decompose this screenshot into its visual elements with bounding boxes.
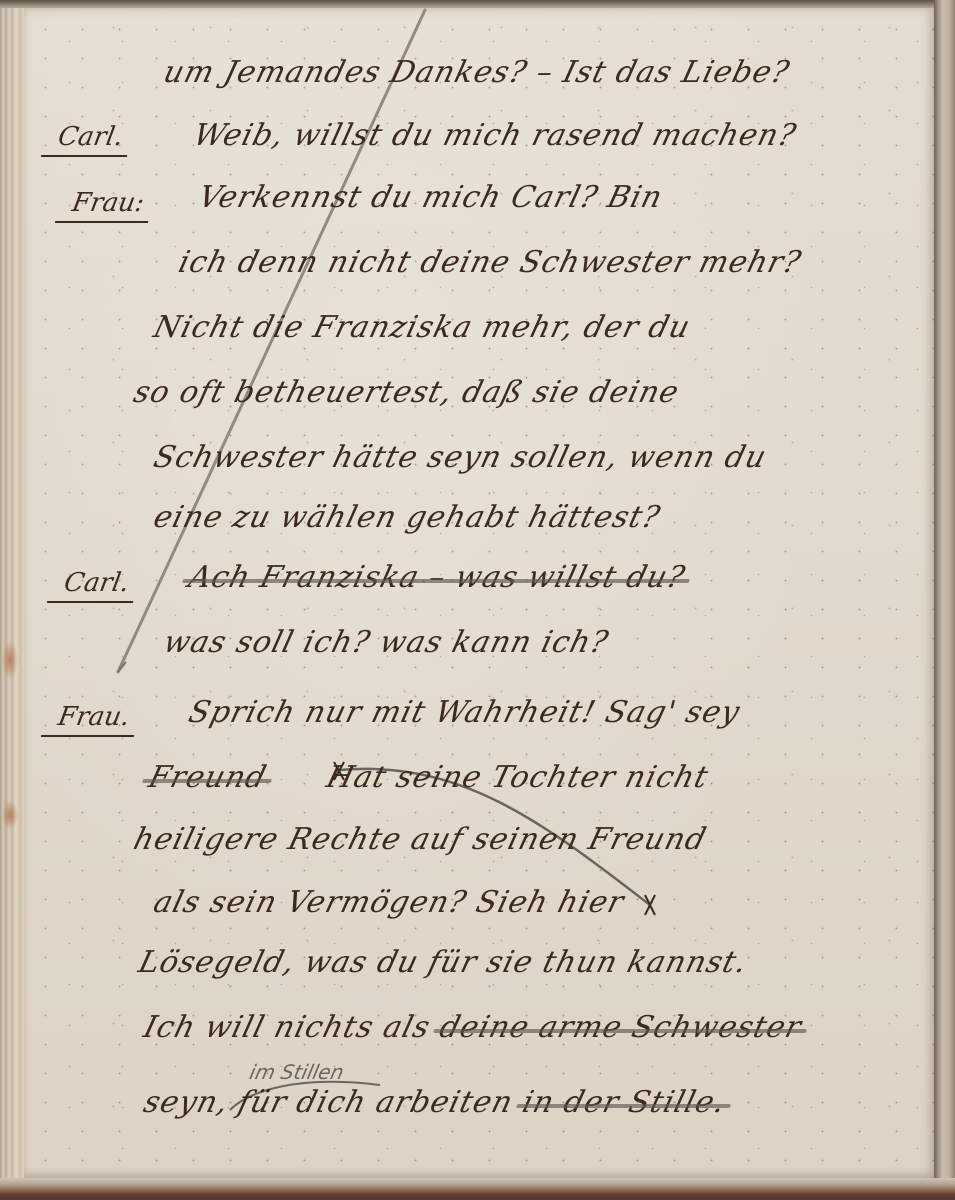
manuscript-line: Weib, willst du mich rasend machen? [190, 118, 800, 153]
manuscript-line: als sein Vermögen? Sieh hier [150, 885, 628, 920]
manuscript-line: so oft betheuertest, daß sie deine [130, 375, 683, 410]
manuscript-line: seyn, für dich arbeiten in der Stille. [140, 1085, 729, 1120]
speaker-label-carl: Carl. [47, 568, 140, 603]
line-text: Sprich nur mit Wahrheit! Sag' sey [185, 695, 744, 730]
speaker-name: Frau: [70, 188, 147, 218]
manuscript-line: Verkennst du mich Carl? Bin [195, 180, 666, 215]
manuscript-line: Lösegeld, was du für sie thun kannst. [135, 945, 751, 980]
line-text: so oft betheuertest, daß sie deine [130, 375, 683, 410]
speaker-label-carl: Carl. [41, 122, 134, 157]
struck-text: in der Stille. [519, 1085, 730, 1120]
speaker-name: Carl. [56, 122, 126, 152]
speaker-label-frau: Frau. [41, 702, 140, 737]
struck-text: – was willst du? [425, 560, 689, 595]
line-text: als sein Vermögen? Sieh hier [150, 885, 628, 920]
page-bottom-edge [0, 1178, 955, 1200]
line-text: heiligere Rechte auf seinen Freund [130, 822, 710, 857]
manuscript-line: Nicht die Franziska mehr, der du [150, 310, 694, 345]
struck-text: Ach Franziska [185, 560, 423, 595]
manuscript-line: heiligere Rechte auf seinen Freund [130, 822, 710, 857]
page-top-edge [0, 0, 955, 8]
line-text: was soll ich? was kann ich? [160, 625, 612, 660]
struck-text: deine arme Schwester [436, 1010, 806, 1045]
manuscript-scan: um Jemandes Dankes? – Ist das Liebe? Car… [0, 0, 955, 1200]
line-text: Schwester hätte seyn sollen, wenn du [150, 440, 770, 475]
manuscript-line: um Jemandes Dankes? – Ist das Liebe? [160, 55, 793, 90]
pencil-insertion: im Stillen [247, 1060, 346, 1084]
speaker-label-frau: Frau: [55, 188, 155, 223]
speaker-name: Frau. [56, 702, 132, 732]
line-text: eine zu wählen gehabt hättest? [150, 500, 664, 535]
manuscript-line: Ach Franziska – was willst du? [185, 560, 689, 595]
manuscript-line: Freund Hat seine Tochter nicht [145, 760, 712, 795]
line-text: um Jemandes Dankes? – Ist das Liebe? [160, 55, 793, 90]
line-text: Nicht die Franziska mehr, der du [150, 310, 694, 345]
line-text: seyn, für dich arbeiten [140, 1085, 517, 1120]
struck-text: Freund [145, 760, 270, 795]
line-text: Hat seine Tochter nicht [323, 760, 712, 795]
rust-stain [2, 800, 18, 830]
line-text: Weib, willst du mich rasend machen? [190, 118, 800, 153]
manuscript-line: eine zu wählen gehabt hättest? [150, 500, 664, 535]
manuscript-line: Ich will nichts als deine arme Schwester [140, 1010, 805, 1045]
manuscript-line: ich denn nicht deine Schwester mehr? [175, 245, 805, 280]
line-text: Lösegeld, was du für sie thun kannst. [135, 945, 751, 980]
rust-stain [2, 640, 18, 680]
manuscript-line: Sprich nur mit Wahrheit! Sag' sey [185, 695, 744, 730]
speaker-name: Carl. [62, 568, 132, 598]
line-text: ich denn nicht deine Schwester mehr? [175, 245, 805, 280]
manuscript-line: Schwester hätte seyn sollen, wenn du [150, 440, 770, 475]
binding-gutter [934, 0, 955, 1200]
line-text: Ich will nichts als [140, 1010, 434, 1045]
insertion-text: im Stillen [247, 1060, 346, 1084]
page-stack-edge-left [0, 8, 26, 1190]
line-text: Verkennst du mich Carl? Bin [195, 180, 666, 215]
manuscript-line: was soll ich? was kann ich? [160, 625, 612, 660]
